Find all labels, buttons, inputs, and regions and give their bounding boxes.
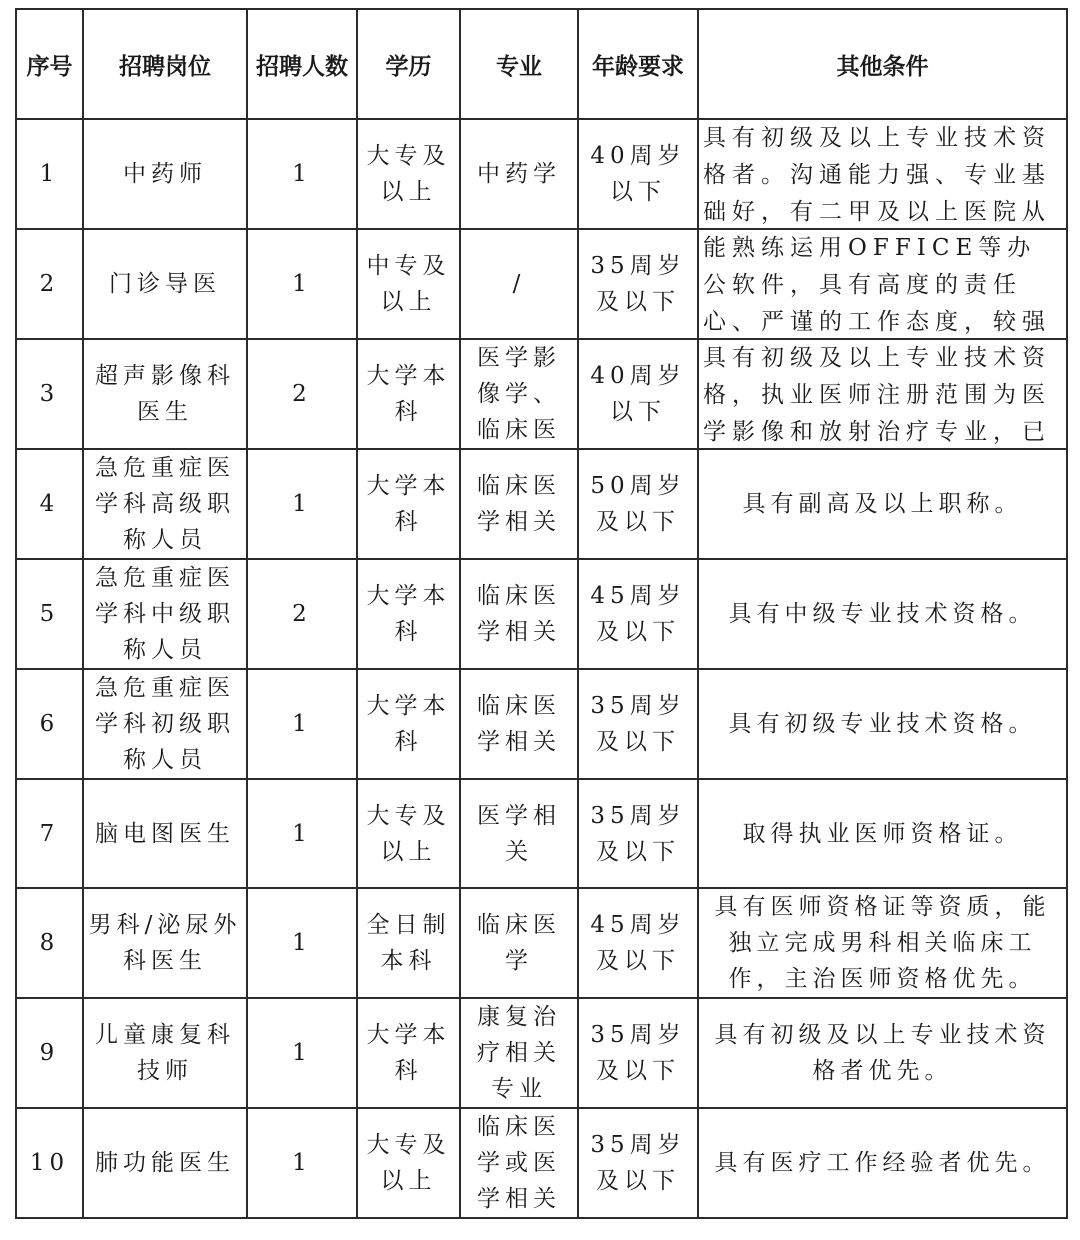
cell-major-text: 临床医学相关 (477, 473, 561, 535)
cell-other: 具有初级及以上专业技术资格者优先。 (698, 998, 1067, 1108)
table-row: 6急危重症医学科初级职称人员1大学本科临床医学相关35周岁及以下具有初级专业技术… (16, 669, 1067, 779)
cell-major-text: / (513, 271, 526, 297)
cell-education-text: 大学本科 (367, 1022, 451, 1084)
cell-age: 35周岁及以下 (578, 229, 698, 339)
cell-age-text: 50周岁及以下 (590, 473, 685, 535)
cell-other-text: 具有副高及以上职称。 (743, 491, 1023, 517)
cell-other: 具有医师资格证等资质，能独立完成男科相关临床工作，主治医师资格优先。 (698, 888, 1067, 998)
cell-major: 康复治疗相关专业 (460, 998, 578, 1108)
header-major: 专业 (460, 9, 578, 119)
cell-major: 临床医学相关 (460, 449, 578, 559)
cell-no-text: 5 (40, 601, 60, 627)
cell-position-text: 超声影像科医生 (95, 363, 235, 425)
cell-age: 40周岁以下 (578, 119, 698, 229)
cell-education-text: 大学本科 (367, 693, 451, 755)
cell-age-text: 40周岁以下 (590, 143, 685, 205)
table-row: 9儿童康复科技师1大学本科康复治疗相关专业35周岁及以下具有初级及以上专业技术资… (16, 998, 1067, 1108)
cell-age-text: 45周岁及以下 (590, 583, 685, 645)
cell-education: 大专及以上 (357, 1108, 460, 1218)
cell-education: 大学本科 (357, 669, 460, 779)
table-row: 2门诊导医1中专及以上/35周岁及以下能熟练运用OFFICE等办公软件，具有高度… (16, 229, 1067, 339)
cell-position: 肺功能医生 (83, 1108, 247, 1218)
cell-major: 临床医学相关 (460, 559, 578, 669)
cell-education-text: 全日制本科 (367, 912, 451, 974)
cell-age: 35周岁及以下 (578, 669, 698, 779)
cell-count-text: 1 (292, 711, 312, 737)
table-row: 7脑电图医生1大专及以上医学相关35周岁及以下取得执业医师资格证。 (16, 779, 1067, 888)
table-row: 3超声影像科医生2大学本科医学影像学、临床医40周岁以下具有初级及以上专业技术资… (16, 339, 1067, 449)
cell-count: 1 (247, 779, 357, 888)
cell-major-text: 临床医学相关 (477, 693, 561, 755)
cell-count: 2 (247, 559, 357, 669)
cell-major-text: 医学相关 (477, 803, 561, 865)
cell-position-text: 肺功能医生 (95, 1150, 235, 1176)
cell-major-text: 康复治疗相关专业 (477, 1004, 561, 1102)
cell-count: 1 (247, 1108, 357, 1218)
cell-position: 门诊导医 (83, 229, 247, 339)
cell-other-text: 具有中级专业技术资格。 (729, 601, 1037, 627)
cell-count: 1 (247, 998, 357, 1108)
cell-position: 男科/泌尿外科医生 (83, 888, 247, 998)
cell-major: 临床医学相关 (460, 669, 578, 779)
cell-education: 大专及以上 (357, 119, 460, 229)
cell-other-text: 取得执业医师资格证。 (743, 821, 1023, 847)
cell-no-text: 9 (40, 1040, 60, 1066)
cell-no-text: 6 (40, 711, 60, 737)
cell-count-text: 1 (292, 1040, 312, 1066)
cell-no: 5 (16, 559, 83, 669)
cell-count-text: 2 (292, 601, 312, 627)
cell-major-text: 医学影像学、临床医 (477, 345, 561, 443)
cell-count-text: 1 (292, 491, 312, 517)
cell-count: 1 (247, 888, 357, 998)
cell-count: 1 (247, 449, 357, 559)
cell-other-text: 具有初级专业技术资格。 (729, 711, 1037, 737)
cell-no: 3 (16, 339, 83, 449)
cell-major: 临床医学或医学相关 (460, 1108, 578, 1218)
header-age: 年龄要求 (578, 9, 698, 119)
cell-major: 医学相关 (460, 779, 578, 888)
cell-education-text: 大专及以上 (367, 143, 451, 205)
table-row: 10肺功能医生1大专及以上临床医学或医学相关35周岁及以下具有医疗工作经验者优先… (16, 1108, 1067, 1218)
cell-position-text: 中药师 (123, 161, 207, 187)
cell-age-text: 35周岁及以下 (590, 693, 685, 755)
cell-major: 临床医学 (460, 888, 578, 998)
cell-position: 脑电图医生 (83, 779, 247, 888)
cell-no-text: 10 (30, 1150, 69, 1176)
cell-position: 急危重症医学科初级职称人员 (83, 669, 247, 779)
cell-other: 具有医疗工作经验者优先。 (698, 1108, 1067, 1218)
cell-no-text: 8 (40, 930, 60, 956)
cell-age-text: 40周岁以下 (590, 363, 685, 425)
cell-count-text: 1 (292, 930, 312, 956)
cell-major-text: 中药学 (477, 161, 561, 187)
cell-other: 具有初级及以上专业技术资格，执业医师注册范围为医学影像和放射治疗专业，已 (698, 339, 1067, 449)
cell-count: 1 (247, 229, 357, 339)
cell-other-text: 具有初级及以上专业技术资格者。沟通能力强、专业基础好，有二甲及以上医院从 (703, 120, 1062, 228)
cell-other: 具有副高及以上职称。 (698, 449, 1067, 559)
cell-no: 1 (16, 119, 83, 229)
cell-major: 医学影像学、临床医 (460, 339, 578, 449)
header-no: 序号 (16, 9, 83, 119)
cell-major-text: 临床医学 (477, 912, 561, 974)
cell-no: 2 (16, 229, 83, 339)
cell-position-text: 急危重症医学科初级职称人员 (95, 675, 235, 773)
cell-major: 中药学 (460, 119, 578, 229)
cell-count-text: 1 (292, 271, 312, 297)
cell-position: 急危重症医学科中级职称人员 (83, 559, 247, 669)
cell-education: 大学本科 (357, 339, 460, 449)
table-body: 1中药师1大专及以上中药学40周岁以下具有初级及以上专业技术资格者。沟通能力强、… (16, 119, 1067, 1218)
cell-other-text: 具有初级及以上专业技术资格者优先。 (715, 1022, 1051, 1084)
cell-education: 大学本科 (357, 998, 460, 1108)
cell-count-text: 1 (292, 821, 312, 847)
cell-no: 4 (16, 449, 83, 559)
cell-other: 取得执业医师资格证。 (698, 779, 1067, 888)
cell-age-text: 45周岁及以下 (590, 912, 685, 974)
cell-no-text: 2 (40, 271, 60, 297)
cell-education: 大学本科 (357, 449, 460, 559)
cell-age-text: 35周岁及以下 (590, 1022, 685, 1084)
cell-no-text: 3 (40, 381, 60, 407)
cell-no: 10 (16, 1108, 83, 1218)
cell-age-text: 35周岁及以下 (590, 1132, 685, 1194)
cell-no: 9 (16, 998, 83, 1108)
cell-age: 40周岁以下 (578, 339, 698, 449)
cell-count: 1 (247, 119, 357, 229)
header-row: 序号 招聘岗位 招聘人数 学历 专业 年龄要求 其他条件 (16, 9, 1067, 119)
cell-position-text: 男科/泌尿外科医生 (89, 912, 242, 974)
cell-education-text: 大学本科 (367, 473, 451, 535)
cell-position-text: 儿童康复科技师 (95, 1022, 235, 1084)
cell-no-text: 1 (40, 161, 60, 187)
table-row: 4急危重症医学科高级职称人员1大学本科临床医学相关50周岁及以下具有副高及以上职… (16, 449, 1067, 559)
cell-education-text: 大专及以上 (367, 803, 451, 865)
header-education: 学历 (357, 9, 460, 119)
cell-age: 35周岁及以下 (578, 998, 698, 1108)
cell-age: 45周岁及以下 (578, 559, 698, 669)
cell-education: 中专及以上 (357, 229, 460, 339)
header-position: 招聘岗位 (83, 9, 247, 119)
table-row: 1中药师1大专及以上中药学40周岁以下具有初级及以上专业技术资格者。沟通能力强、… (16, 119, 1067, 229)
cell-other: 能熟练运用OFFICE等办公软件，具有高度的责任心、严谨的工作态度，较强的综合 (698, 229, 1067, 339)
cell-major-text: 临床医学或医学相关 (477, 1114, 561, 1212)
cell-no: 6 (16, 669, 83, 779)
cell-major: / (460, 229, 578, 339)
cell-education: 大专及以上 (357, 779, 460, 888)
cell-count-text: 2 (292, 381, 312, 407)
header-count: 招聘人数 (247, 9, 357, 119)
recruitment-table: 序号 招聘岗位 招聘人数 学历 专业 年龄要求 其他条件 1中药师1大专及以上中… (15, 8, 1068, 1219)
cell-education: 大学本科 (357, 559, 460, 669)
cell-other-text: 具有初级及以上专业技术资格，执业医师注册范围为医学影像和放射治疗专业，已 (703, 340, 1062, 448)
cell-other: 具有初级专业技术资格。 (698, 669, 1067, 779)
cell-no: 8 (16, 888, 83, 998)
cell-count: 2 (247, 339, 357, 449)
cell-age-text: 35周岁及以下 (590, 253, 685, 315)
cell-count-text: 1 (292, 161, 312, 187)
cell-position-text: 急危重症医学科高级职称人员 (95, 455, 235, 553)
cell-position: 中药师 (83, 119, 247, 229)
cell-position-text: 急危重症医学科中级职称人员 (95, 565, 235, 663)
cell-age: 35周岁及以下 (578, 779, 698, 888)
cell-age: 50周岁及以下 (578, 449, 698, 559)
cell-age-text: 35周岁及以下 (590, 803, 685, 865)
cell-position-text: 脑电图医生 (95, 821, 235, 847)
cell-education-text: 大专及以上 (367, 1132, 451, 1194)
cell-age: 35周岁及以下 (578, 1108, 698, 1218)
cell-major-text: 临床医学相关 (477, 583, 561, 645)
cell-position: 急危重症医学科高级职称人员 (83, 449, 247, 559)
cell-position: 超声影像科医生 (83, 339, 247, 449)
cell-age: 45周岁及以下 (578, 888, 698, 998)
cell-education: 全日制本科 (357, 888, 460, 998)
cell-other-text: 能熟练运用OFFICE等办公软件，具有高度的责任心、严谨的工作态度，较强的综合 (703, 230, 1062, 338)
cell-no: 7 (16, 779, 83, 888)
cell-position: 儿童康复科技师 (83, 998, 247, 1108)
cell-no-text: 4 (40, 491, 60, 517)
cell-education-text: 大学本科 (367, 363, 451, 425)
cell-other: 具有中级专业技术资格。 (698, 559, 1067, 669)
header-other: 其他条件 (698, 9, 1067, 119)
table-row: 8男科/泌尿外科医生1全日制本科临床医学45周岁及以下具有医师资格证等资质，能独… (16, 888, 1067, 998)
cell-other-text: 具有医师资格证等资质，能独立完成男科相关临床工作，主治医师资格优先。 (715, 894, 1051, 992)
cell-position-text: 门诊导医 (109, 271, 221, 297)
table-row: 5急危重症医学科中级职称人员2大学本科临床医学相关45周岁及以下具有中级专业技术… (16, 559, 1067, 669)
cell-other: 具有初级及以上专业技术资格者。沟通能力强、专业基础好，有二甲及以上医院从 (698, 119, 1067, 229)
cell-count: 1 (247, 669, 357, 779)
cell-education-text: 大学本科 (367, 583, 451, 645)
cell-other-text: 具有医疗工作经验者优先。 (715, 1150, 1051, 1176)
cell-count-text: 1 (292, 1150, 312, 1176)
cell-education-text: 中专及以上 (367, 253, 451, 315)
cell-no-text: 7 (40, 821, 60, 847)
